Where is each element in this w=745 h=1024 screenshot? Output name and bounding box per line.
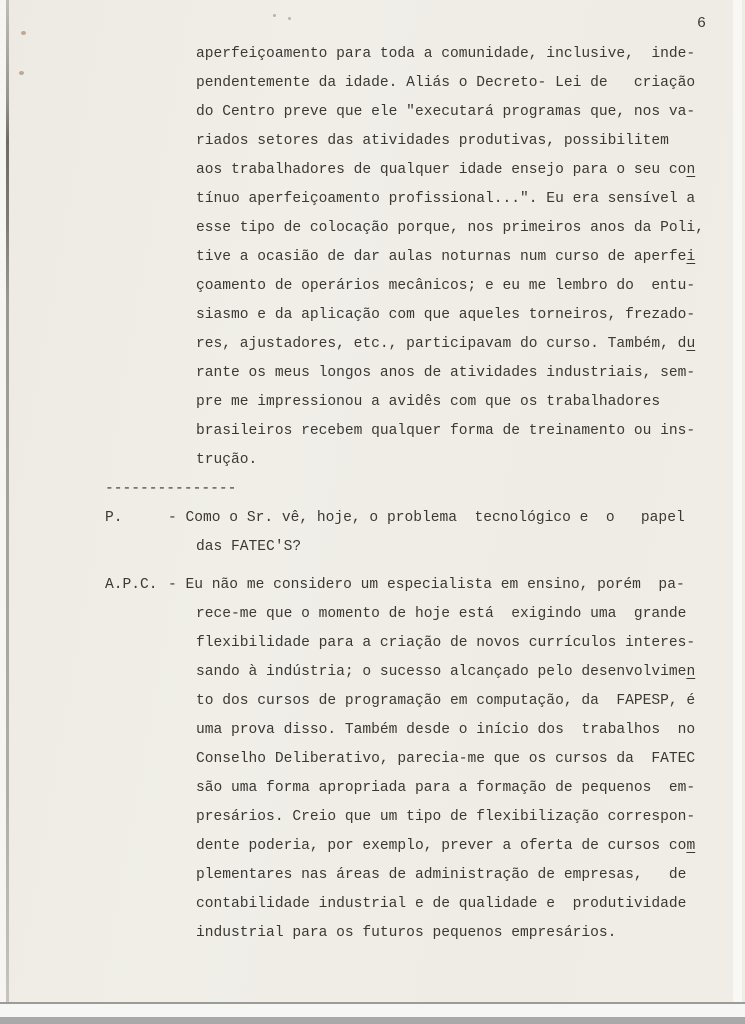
typed-line: contabilidade industrial e de qualidade … <box>196 890 745 919</box>
line-text: tive a ocasião de dar aulas noturnas num… <box>196 249 686 265</box>
typed-line: pendentemente da idade. Aliás o Decreto-… <box>196 69 745 98</box>
pencil-mark <box>273 14 276 17</box>
scanned-page: 6 aperfeiçoamento para toda a comunidade… <box>0 0 745 1024</box>
typed-line: rece-me que o momento de hoje está exigi… <box>196 600 745 629</box>
line-text: res, ajustadores, etc., participavam do … <box>196 336 686 352</box>
staple-hole <box>21 31 26 35</box>
underlined-continuation: m <box>686 838 695 854</box>
underlined-continuation: n <box>686 162 695 178</box>
line-text: uma prova disso. Também desde o início d… <box>196 722 695 738</box>
line-text: sando à indústria; o sucesso alcançado p… <box>196 664 686 680</box>
scanner-background <box>0 1017 745 1024</box>
typed-line: do Centro preve que ele "executará progr… <box>196 98 745 127</box>
typed-line: riados setores das atividades produtivas… <box>196 127 745 156</box>
typed-line: tínuo aperfeiçoamento profissional...". … <box>196 185 745 214</box>
line-text: das FATEC'S? <box>196 539 301 555</box>
line-text: pre me impressionou a avidês com que os … <box>196 394 660 410</box>
typed-line: presários. Creio que um tipo de flexibil… <box>196 803 745 832</box>
pencil-mark <box>288 17 291 20</box>
line-text: aos trabalhadores de qualquer idade ense… <box>196 162 686 178</box>
line-text: riados setores das atividades produtivas… <box>196 133 669 149</box>
speaker-label: A.P.C. <box>105 571 158 600</box>
typed-content: aperfeiçoamento para toda a comunidade, … <box>0 40 745 948</box>
line-text: do Centro preve que ele "executará progr… <box>196 104 695 120</box>
typed-line: flexibilidade para a criação de novos cu… <box>196 629 745 658</box>
typed-line: das FATEC'S? <box>196 533 745 562</box>
line-text: - Como o Sr. vê, hoje, o problema tecnol… <box>168 510 685 526</box>
typed-line: industrial para os futuros pequenos empr… <box>196 919 745 948</box>
line-text: esse tipo de colocação porque, nos prime… <box>196 220 704 236</box>
typed-line: Conselho Deliberativo, parecia-me que os… <box>196 745 745 774</box>
line-text: presários. Creio que um tipo de flexibil… <box>196 809 695 825</box>
line-text: brasileiros recebem qualquer forma de tr… <box>196 423 695 439</box>
underlined-continuation: n <box>686 664 695 680</box>
typed-line: rante os meus longos anos de atividades … <box>196 359 745 388</box>
line-text: plementares nas áreas de administração d… <box>196 867 686 883</box>
typed-line: - Como o Sr. vê, hoje, o problema tecnol… <box>196 504 745 533</box>
line-text: to dos cursos de programação em computaç… <box>196 693 695 709</box>
typed-line: çoamento de operários mecânicos; e eu me… <box>196 272 745 301</box>
separator-line: --------------- <box>105 475 745 504</box>
typed-line: dente poderia, por exemplo, prever a ofe… <box>196 832 745 861</box>
line-text: contabilidade industrial e de qualidade … <box>196 896 686 912</box>
page-number: 6 <box>697 9 706 38</box>
continuation-paragraph: aperfeiçoamento para toda a comunidade, … <box>196 40 745 475</box>
line-text: Conselho Deliberativo, parecia-me que os… <box>196 751 695 767</box>
typed-line: - Eu não me considero um especialista em… <box>196 571 745 600</box>
typed-line: são uma forma apropriada para a formação… <box>196 774 745 803</box>
typed-line: pre me impressionou a avidês com que os … <box>196 388 745 417</box>
line-text: siasmo e da aplicação com que aqueles to… <box>196 307 695 323</box>
typed-line: aperfeiçoamento para toda a comunidade, … <box>196 40 745 69</box>
typed-line: to dos cursos de programação em computaç… <box>196 687 745 716</box>
line-text: dente poderia, por exemplo, prever a ofe… <box>196 838 686 854</box>
line-text: aperfeiçoamento para toda a comunidade, … <box>196 46 695 62</box>
line-text: tínuo aperfeiçoamento profissional...". … <box>196 191 695 207</box>
dialogue-section: P.- Como o Sr. vê, hoje, o problema tecn… <box>0 504 745 948</box>
typed-line: sando à indústria; o sucesso alcançado p… <box>196 658 745 687</box>
dialogue-block: A.P.C.- Eu não me considero um especiali… <box>196 571 745 948</box>
typed-line: trução. <box>196 446 745 475</box>
line-text: trução. <box>196 452 257 468</box>
line-text: pendentemente da idade. Aliás o Decreto-… <box>196 75 695 91</box>
typed-line: res, ajustadores, etc., participavam do … <box>196 330 745 359</box>
scan-bottom-strip <box>0 1004 745 1017</box>
line-text: flexibilidade para a criação de novos cu… <box>196 635 695 651</box>
typed-line: siasmo e da aplicação com que aqueles to… <box>196 301 745 330</box>
line-text: rante os meus longos anos de atividades … <box>196 365 695 381</box>
speaker-label: P. <box>105 504 123 533</box>
typed-line: plementares nas áreas de administração d… <box>196 861 745 890</box>
typed-line: aos trabalhadores de qualquer idade ense… <box>196 156 745 185</box>
typed-line: uma prova disso. Também desde o início d… <box>196 716 745 745</box>
line-text: çoamento de operários mecânicos; e eu me… <box>196 278 695 294</box>
line-text: - Eu não me considero um especialista em… <box>168 577 685 593</box>
line-text: são uma forma apropriada para a formação… <box>196 780 695 796</box>
underlined-continuation: u <box>686 336 695 352</box>
typed-line: esse tipo de colocação porque, nos prime… <box>196 214 745 243</box>
line-text: rece-me que o momento de hoje está exigi… <box>196 606 686 622</box>
underlined-continuation: i <box>686 249 695 265</box>
dialogue-block: P.- Como o Sr. vê, hoje, o problema tecn… <box>196 504 745 562</box>
line-text: industrial para os futuros pequenos empr… <box>196 925 616 941</box>
typed-line: tive a ocasião de dar aulas noturnas num… <box>196 243 745 272</box>
typed-line: brasileiros recebem qualquer forma de tr… <box>196 417 745 446</box>
